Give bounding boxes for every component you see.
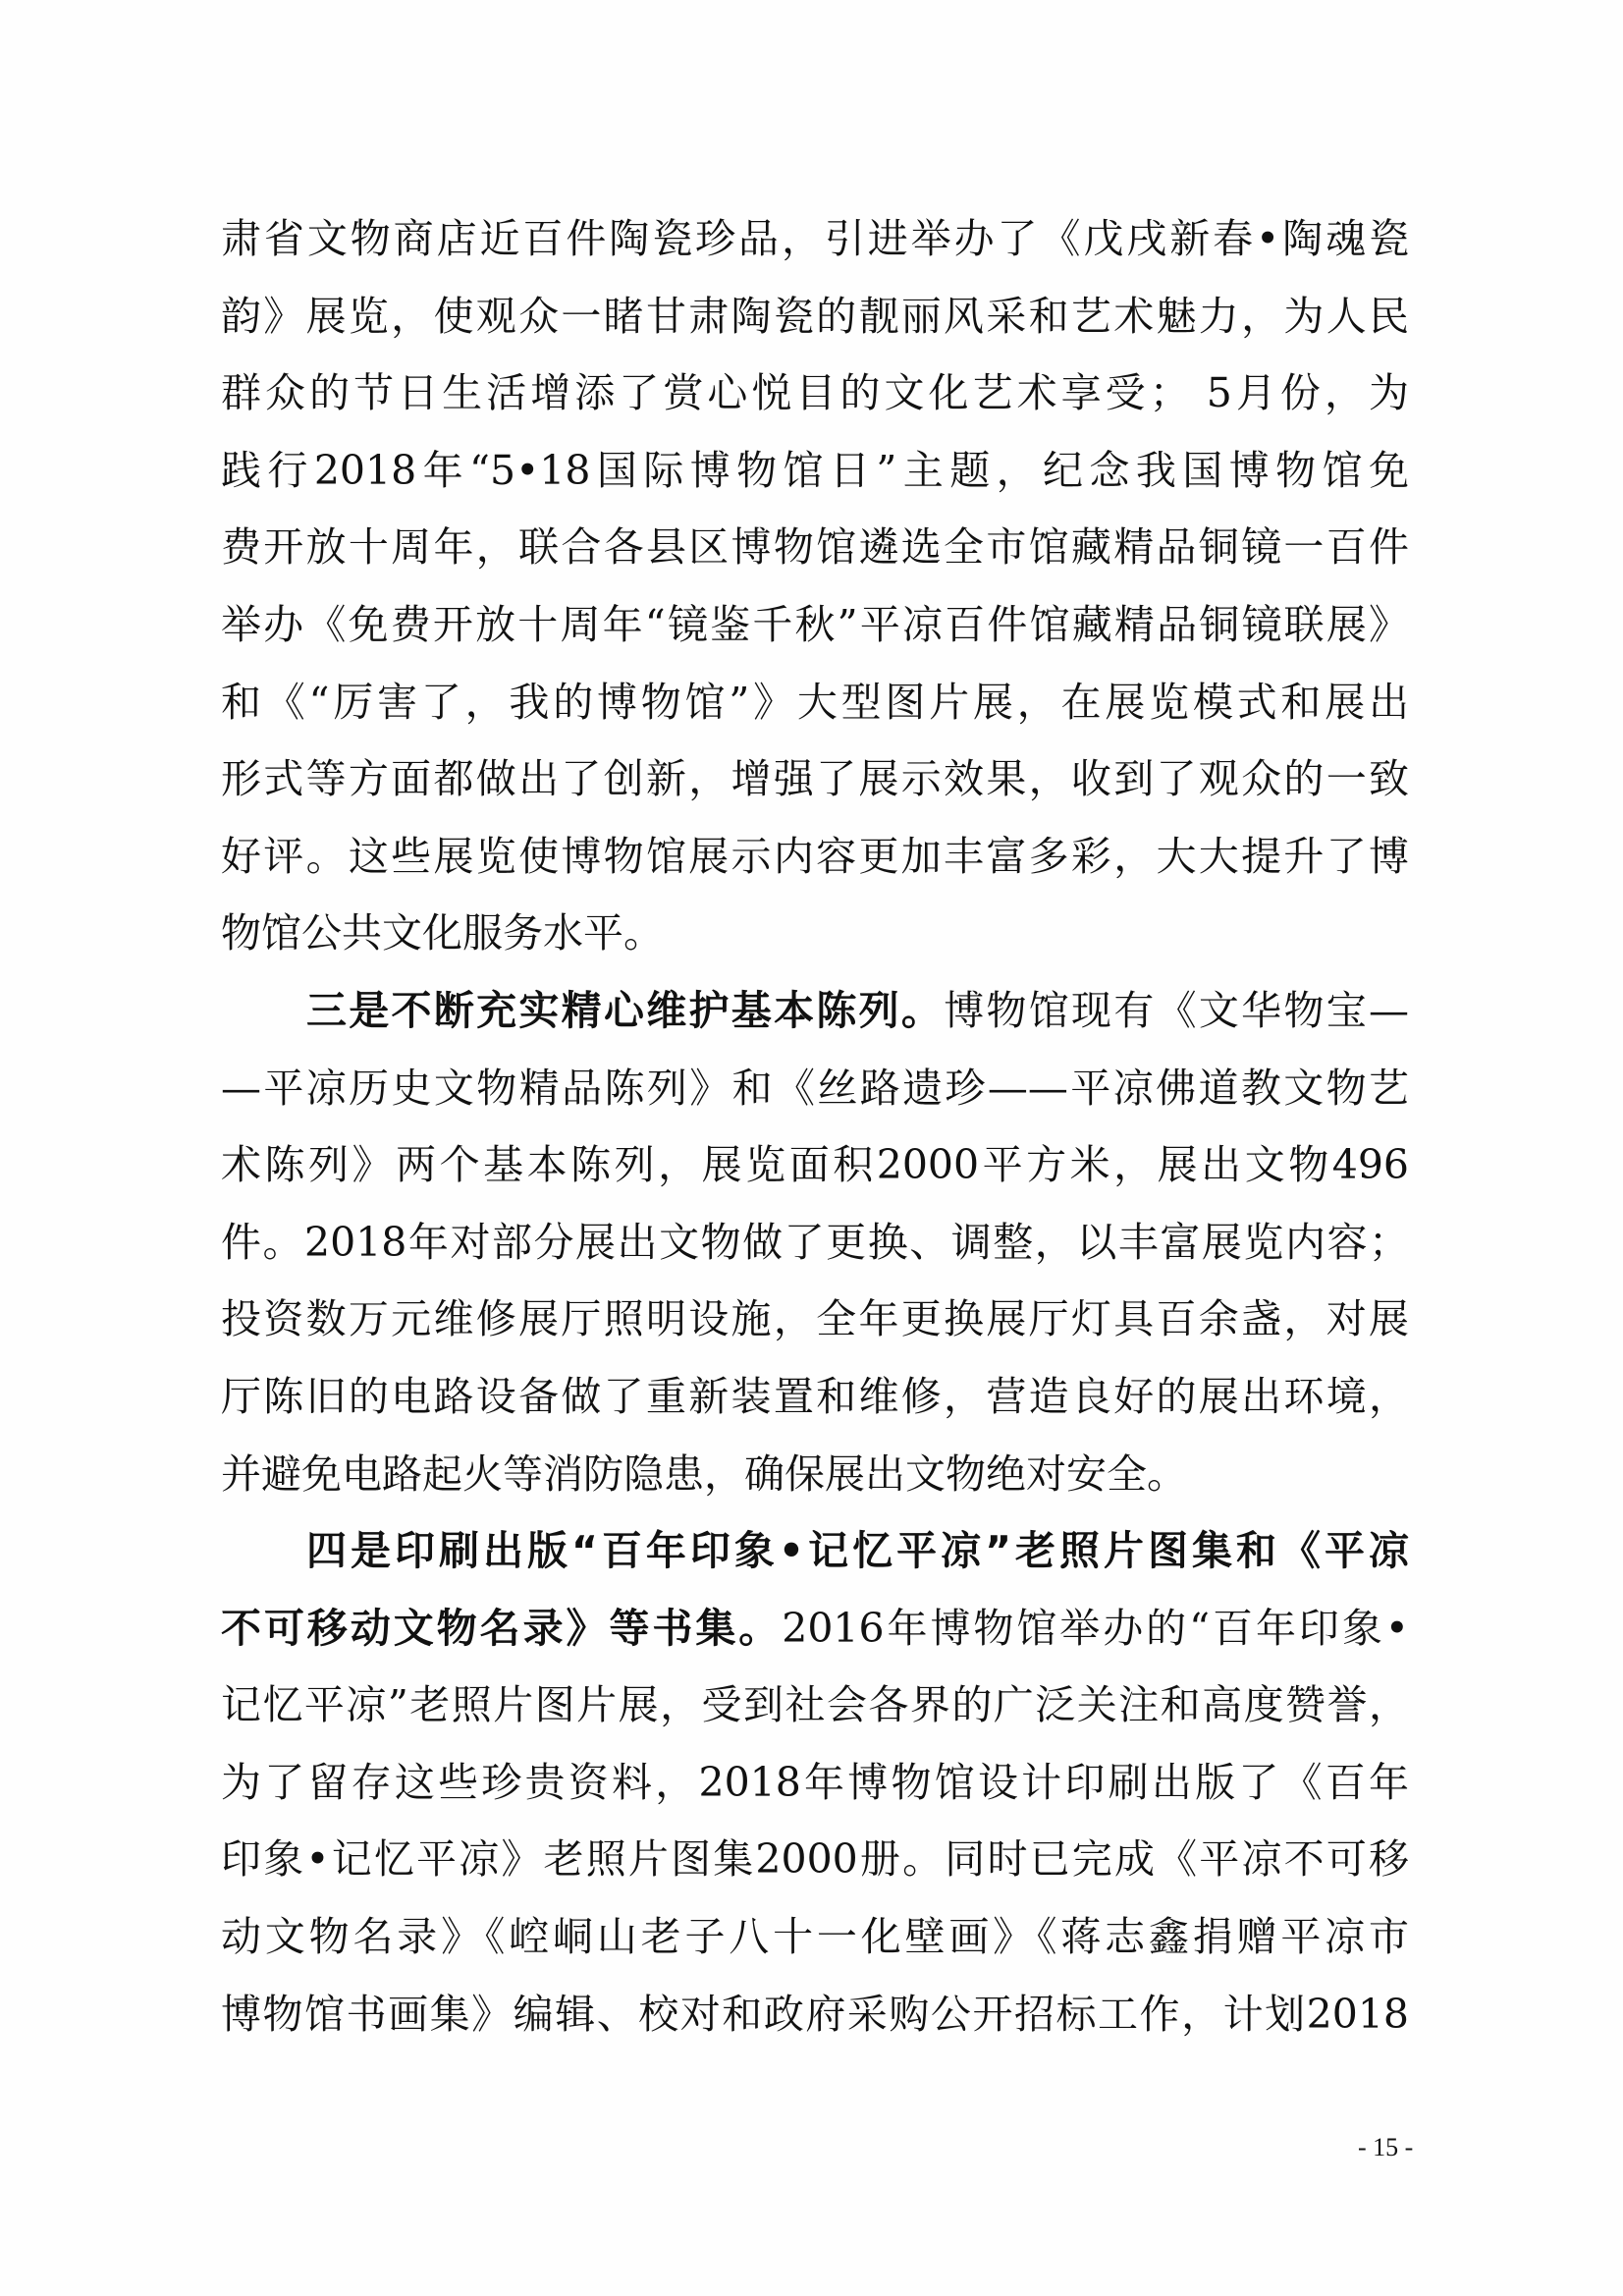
text-line: 并避免电路起火等消防隐患，确保展出文物绝对安全。 bbox=[221, 1436, 1409, 1513]
text-line: 践行2018年“5•18国际博物馆日”主题，纪念我国博物馆免 bbox=[221, 432, 1409, 510]
text-run: 2016年博物馆举办的“百年印象• bbox=[782, 1605, 1409, 1652]
text-line: 件。2018年对部分展出文物做了更换、调整，以丰富展览内容； bbox=[221, 1204, 1409, 1282]
text-line: 肃省文物商店近百件陶瓷珍品，引进举办了《戊戌新春•陶魂瓷 bbox=[221, 200, 1409, 278]
text-line: 韵》展览，使观众一睹甘肃陶瓷的靓丽风采和艺术魅力，为人民 bbox=[221, 278, 1409, 355]
paragraph-heading: 不可移动文物名录》等书集。 bbox=[221, 1605, 782, 1652]
paragraph-publications: 四是印刷出版“百年印象•记忆平凉”老照片图集和《平凉 不可移动文物名录》等书集。… bbox=[221, 1512, 1409, 2052]
text-line: 群众的节日生活增添了赏心悦目的文化艺术享受； 5月份，为 bbox=[221, 355, 1409, 432]
text-line: 动文物名录》《崆峒山老子八十一化壁画》《蒋志鑫捐赠平凉市 bbox=[221, 1898, 1409, 1976]
page-number: - 15 - bbox=[1358, 2133, 1413, 2162]
paragraph-exhibitions-continued: 肃省文物商店近百件陶瓷珍品，引进举办了《戊戌新春•陶魂瓷 韵》展览，使观众一睹甘… bbox=[221, 200, 1409, 972]
text-line: 厅陈旧的电路设备做了重新装置和维修，营造良好的展出环境， bbox=[221, 1358, 1409, 1436]
paragraph-basic-exhibitions: 三是不断充实精心维护基本陈列。博物馆现有《文华物宝— —平凉历史文物精品陈列》和… bbox=[221, 972, 1409, 1512]
text-line: 举办《免费开放十周年“镜鉴千秋”平凉百件馆藏精品铜镜联展》 bbox=[221, 586, 1409, 664]
text-line: 投资数万元维修展厅照明设施，全年更换展厅灯具百余盏，对展 bbox=[221, 1281, 1409, 1358]
text-line: 不可移动文物名录》等书集。2016年博物馆举办的“百年印象• bbox=[221, 1590, 1409, 1667]
paragraph-heading: 三是不断充实精心维护基本陈列。 bbox=[306, 987, 944, 1034]
text-line: 三是不断充实精心维护基本陈列。博物馆现有《文华物宝— bbox=[221, 972, 1409, 1050]
text-line: 印象•记忆平凉》老照片图集2000册。同时已完成《平凉不可移 bbox=[221, 1821, 1409, 1898]
document-page: 肃省文物商店近百件陶瓷珍品，引进举办了《戊戌新春•陶魂瓷 韵》展览，使观众一睹甘… bbox=[0, 0, 1623, 2296]
text-line: 物馆公共文化服务水平。 bbox=[221, 895, 1409, 972]
paragraph-heading: 四是印刷出版“百年印象•记忆平凉”老照片图集和《平凉 bbox=[221, 1512, 1409, 1590]
text-line: —平凉历史文物精品陈列》和《丝路遗珍——平凉佛道教文物艺 bbox=[221, 1050, 1409, 1127]
text-line: 好评。这些展览使博物馆展示内容更加丰富多彩，大大提升了博 bbox=[221, 818, 1409, 896]
body-text: 肃省文物商店近百件陶瓷珍品，引进举办了《戊戌新春•陶魂瓷 韵》展览，使观众一睹甘… bbox=[221, 200, 1409, 2052]
text-line: 为了留存这些珍贵资料，2018年博物馆设计印刷出版了《百年 bbox=[221, 1744, 1409, 1822]
text-run: 博物馆现有《文华物宝— bbox=[944, 987, 1409, 1034]
text-line: 和《“厉害了，我的博物馆”》大型图片展，在展览模式和展出 bbox=[221, 664, 1409, 741]
text-line: 博物馆书画集》编辑、校对和政府采购公开招标工作，计划2018 bbox=[221, 1976, 1409, 2053]
text-line: 术陈列》两个基本陈列，展览面积2000平方米，展出文物496 bbox=[221, 1126, 1409, 1204]
text-line: 费开放十周年，联合各县区博物馆遴选全市馆藏精品铜镜一百件 bbox=[221, 509, 1409, 586]
text-line: 记忆平凉”老照片图片展，受到社会各界的广泛关注和高度赞誉， bbox=[221, 1667, 1409, 1744]
text-line: 形式等方面都做出了创新，增强了展示效果，收到了观众的一致 bbox=[221, 740, 1409, 818]
